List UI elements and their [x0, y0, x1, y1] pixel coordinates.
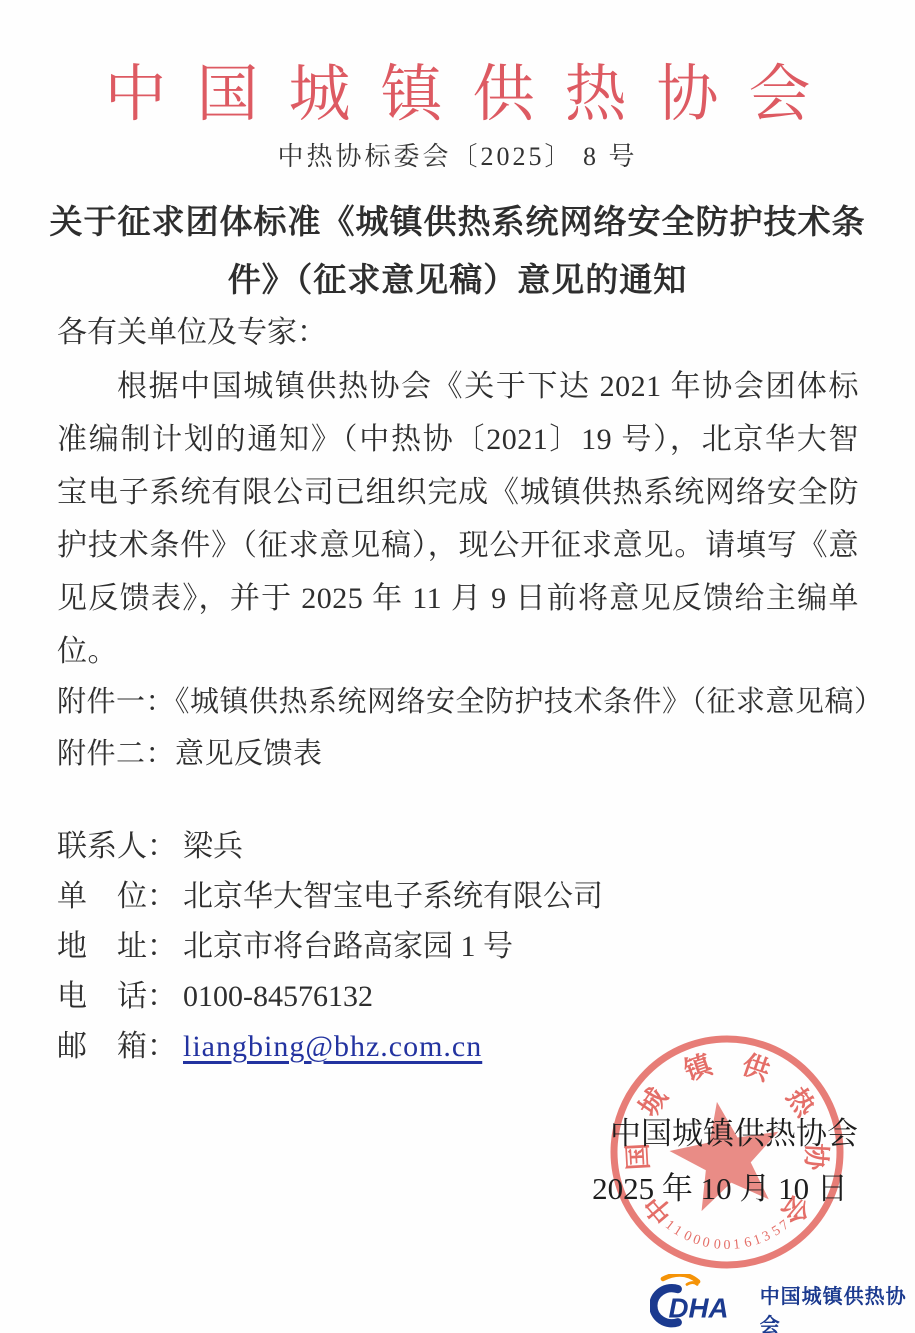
- logo-association-name: 中国城镇供热协会: [760, 1280, 915, 1333]
- salutation: 各有关单位及专家：: [57, 307, 327, 351]
- svg-text:0: 0: [691, 1232, 703, 1248]
- contact-email-link[interactable]: liangbing@bhz.com.cn: [183, 1030, 482, 1063]
- attachment-item-1: 附件一：《城镇供热系统网络安全防护技术条件》（征求意见稿）: [57, 679, 884, 720]
- svg-text:3: 3: [760, 1228, 773, 1245]
- document-number: 中热协标委会〔2025〕 8 号: [0, 136, 915, 173]
- svg-text:镇: 镇: [680, 1049, 717, 1087]
- contact-person-value: 梁兵: [183, 830, 243, 863]
- contact-address-label: 地 址：: [57, 930, 177, 963]
- attachment-item-2: 附件二：意见反馈表: [57, 731, 323, 772]
- cdha-logo-icon: DHA: [650, 1274, 752, 1330]
- svg-text:0: 0: [701, 1235, 711, 1251]
- document-title-line-1: 关于征求团体标准《城镇供热系统网络安全防护技术条: [0, 196, 915, 243]
- contact-phone-label: 电 话：: [57, 980, 177, 1013]
- document-title-line-2: 件》（征求意见稿）意见的通知: [0, 254, 915, 301]
- signature-date: 2025 年 10 月 10 日: [555, 1163, 885, 1208]
- contact-address-value: 北京市将台路高家园 1 号: [183, 930, 513, 963]
- contact-person-line: 联系人：梁兵: [57, 821, 859, 871]
- contact-company-value: 北京华大智宝电子系统有限公司: [183, 880, 603, 913]
- svg-text:6: 6: [743, 1235, 753, 1251]
- signature-org-name: 中国城镇供热协会: [569, 1108, 899, 1153]
- contact-address-line: 地 址：北京市将台路高家园 1 号: [57, 921, 859, 971]
- contact-company-label: 单 位：: [57, 880, 177, 913]
- contact-email-label: 邮 箱：: [57, 1030, 177, 1063]
- svg-text:0: 0: [713, 1237, 722, 1253]
- seal-code-digits: 1 1 0 0 0 0 0 1 6 1 3 5 7: [662, 1218, 792, 1253]
- association-logo: DHA 中国城镇供热协会: [650, 1266, 915, 1333]
- contact-phone-value: 0100-84576132: [183, 980, 373, 1013]
- contact-company-line: 单 位：北京华大智宝电子系统有限公司: [57, 871, 859, 921]
- svg-text:1: 1: [733, 1237, 742, 1253]
- svg-text:0: 0: [724, 1238, 731, 1253]
- document-page: 中国城镇供热协会 中热协标委会〔2025〕 8 号 关于征求团体标准《城镇供热系…: [0, 0, 915, 1333]
- contact-person-label: 联系人：: [57, 830, 177, 863]
- svg-text:供: 供: [738, 1049, 774, 1086]
- association-name-header: 中国城镇供热协会: [0, 44, 915, 133]
- svg-text:DHA: DHA: [668, 1293, 728, 1324]
- body-paragraph: 根据中国城镇供热协会《关于下达 2021 年协会团体标准编制计划的通知》（中热协…: [57, 360, 859, 678]
